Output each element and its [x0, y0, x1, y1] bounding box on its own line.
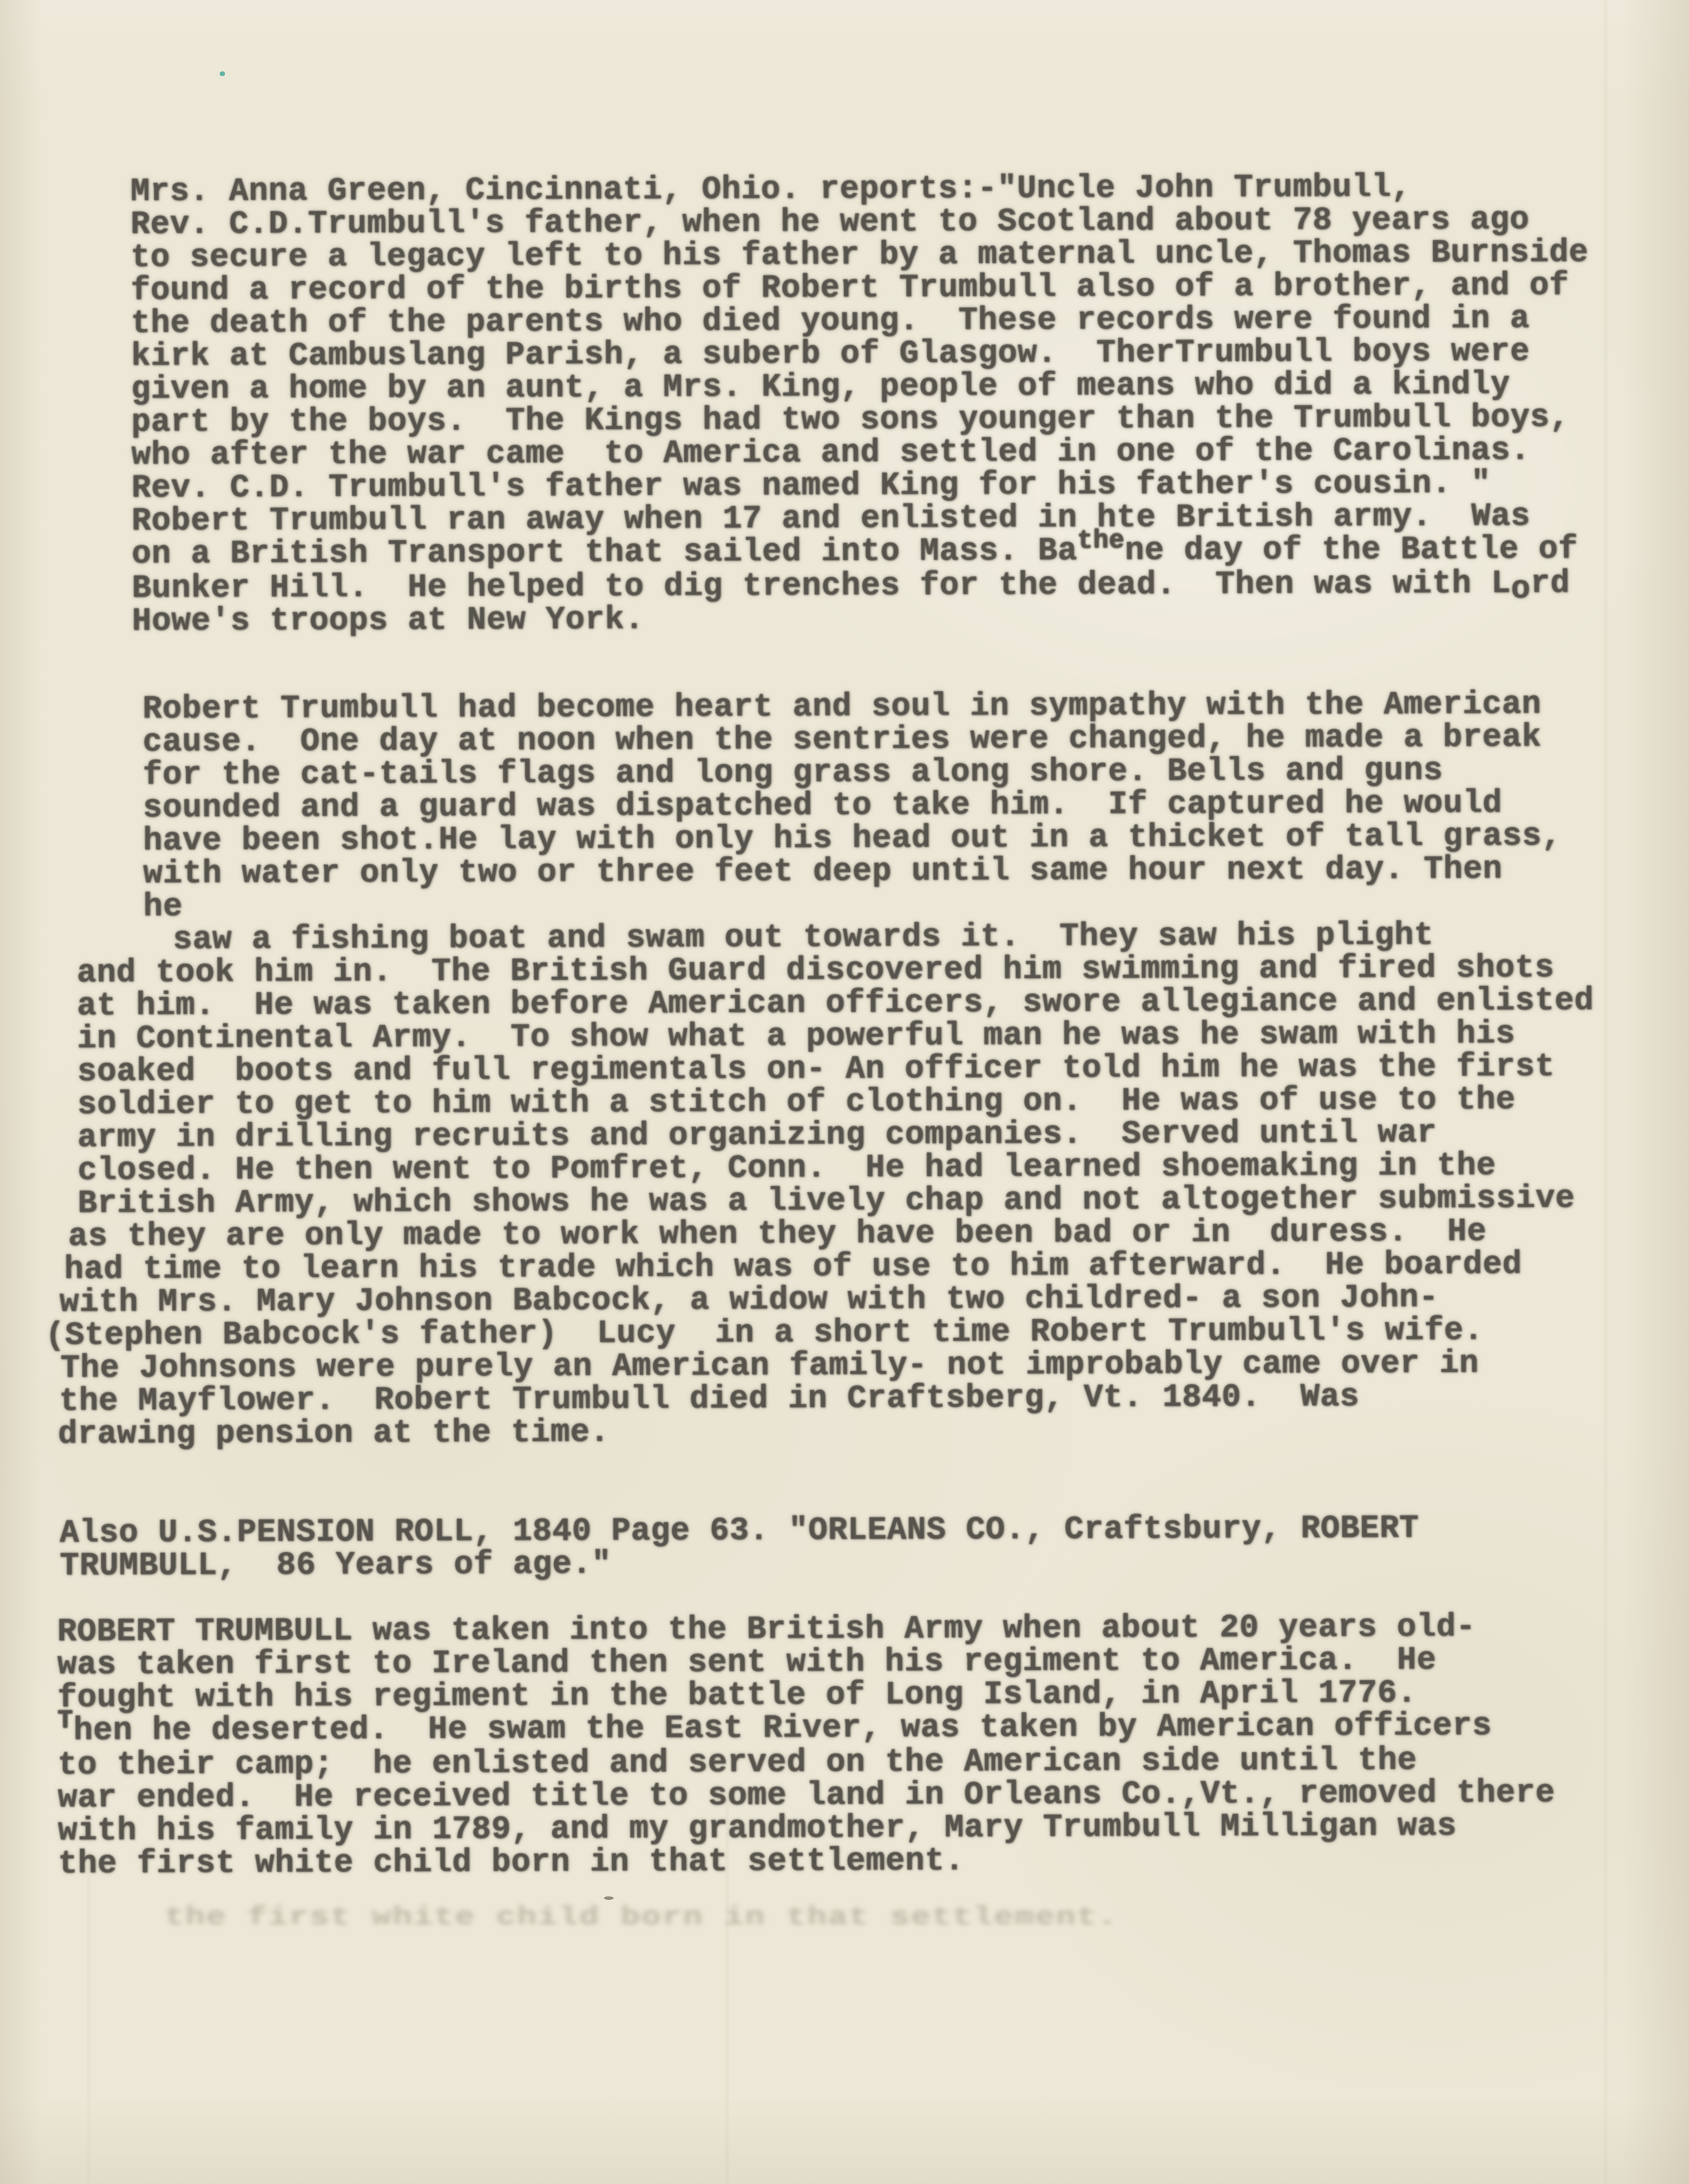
paragraph: Robert Trumbull had become heart and sou… — [2, 688, 1689, 925]
text-line: TRUMBULL, 86 Years of age." — [60, 1545, 1689, 1583]
text-segment: TRUMBULL, 86 Years of age." — [60, 1546, 611, 1585]
text-line: soldier to get to him with a stitch of c… — [78, 1084, 1689, 1122]
text-line: the first white child born in that settl… — [58, 1843, 1689, 1881]
typewritten-text: Mrs. Anna Green, Cincinnati, Ohio. repor… — [0, 171, 1689, 1882]
text-segment: Bunker Hill. He helped to dig trenches f… — [132, 566, 1511, 607]
text-line: Then he deserted. He swam the East River… — [58, 1710, 1689, 1750]
text-line: with his family in 1789, and my grandmot… — [58, 1810, 1689, 1848]
text-line: The Johnsons were purely an American fam… — [60, 1347, 1689, 1386]
overtyped-character: T — [58, 1707, 73, 1736]
text-line: Bunker Hill. He helped to dig trenches f… — [132, 568, 1689, 606]
text-line: ROBERT TRUMBULL was taken into the Briti… — [57, 1611, 1689, 1649]
paper-crease — [88, 1853, 89, 2184]
text-segment: Also U.S.PENSION ROLL, 1840 Page 63. "OR… — [60, 1511, 1419, 1552]
text-segment: the Mayflower. Robert Trumbull died in C… — [59, 1379, 1360, 1420]
text-segment: on a British Transport that sailed into … — [132, 533, 1078, 573]
text-segment: with water only two or three feet deep u… — [143, 852, 1502, 893]
text-line: drawing pension at the time. — [58, 1413, 1689, 1452]
ink-ghost-offset: the first white child born in that settl… — [165, 1903, 1118, 1932]
text-line: cause. One day at noon when the sentries… — [143, 721, 1689, 760]
paragraph: Mrs. Anna Green, Cincinnati, Ohio. repor… — [0, 171, 1689, 640]
text-line: Howe's troops at New York. — [132, 601, 1689, 639]
text-line: had time to learn his trade which was of… — [64, 1248, 1689, 1287]
document-page: Mrs. Anna Green, Cincinnati, Ohio. repor… — [0, 0, 1689, 2184]
overtyped-character: the — [1078, 527, 1125, 556]
text-segment: ne day of the Battle of — [1125, 531, 1578, 569]
ink-speck — [604, 1896, 614, 1900]
ink-speck — [220, 71, 225, 76]
paragraph: Also U.S.PENSION ROLL, 1840 Page 63. "OR… — [5, 1512, 1689, 1584]
paragraph: ROBERT TRUMBULL was taken into the Briti… — [5, 1611, 1689, 1882]
paragraph: saw a fishing boat and swam out towards … — [3, 919, 1689, 1452]
text-segment: the first white child born in that settl… — [58, 1843, 964, 1883]
text-segment: Howe's troops at New York. — [132, 602, 644, 640]
text-segment: drawing pension at the time. — [58, 1415, 609, 1453]
text-segment: rd — [1530, 566, 1570, 602]
text-line: Also U.S.PENSION ROLL, 1840 Page 63. "OR… — [60, 1512, 1689, 1550]
text-line: the Mayflower. Robert Trumbull died in C… — [59, 1380, 1689, 1419]
text-line: with water only two or three feet deep u… — [143, 853, 1689, 892]
text-segment: he — [143, 889, 183, 925]
overtyped-character: o — [1511, 571, 1530, 607]
text-line: was taken first to Ireland then sent wit… — [57, 1644, 1689, 1682]
